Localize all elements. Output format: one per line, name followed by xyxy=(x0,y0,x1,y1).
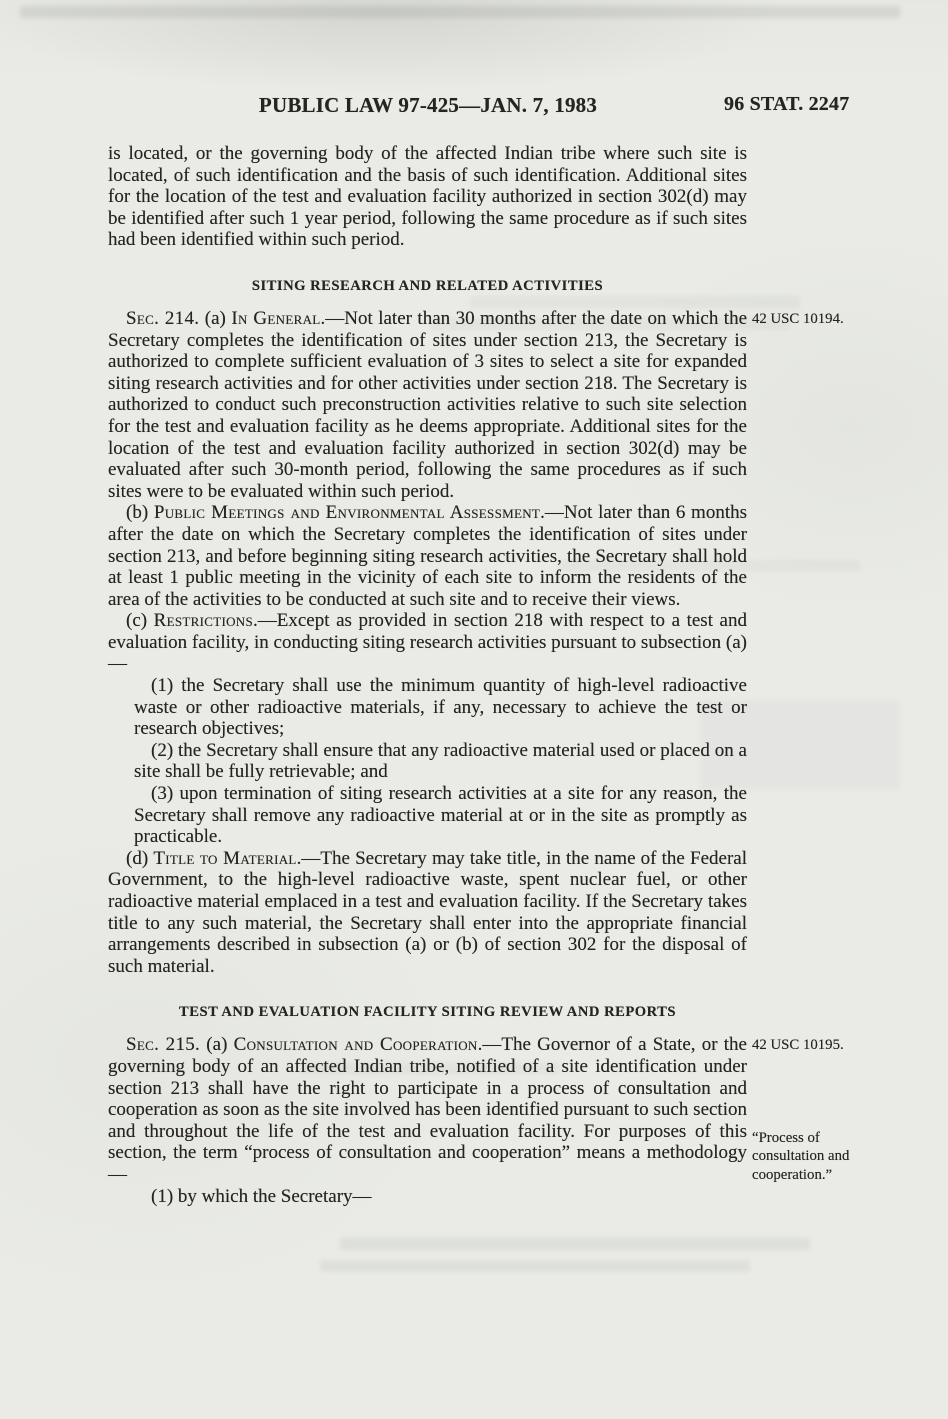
body-text: (1) the Secretary shall use the minimum … xyxy=(134,675,747,739)
statute-paragraph: (b) Public Meetings and Environmental As… xyxy=(108,502,747,610)
statute-paragraph: (d) Title to Material.—The Secretary may… xyxy=(108,848,747,978)
statute-paragraph: (c) Restrictions.—Except as provided in … xyxy=(108,610,747,675)
statute-paragraph: is located, or the governing body of the… xyxy=(108,143,747,251)
statute-subitem: (1) by which the Secretary— xyxy=(134,1186,747,1208)
statute-subitem: (1) the Secretary shall use the minimum … xyxy=(134,675,747,740)
small-caps-text: In General xyxy=(231,308,320,329)
small-caps-text: Sec. 214. xyxy=(126,308,199,329)
stat-page-number: 96 STAT. 2247 xyxy=(724,93,944,116)
small-caps-text: Consultation and Cooperation xyxy=(234,1034,478,1055)
page-header: PUBLIC LAW 97-425—JAN. 7, 1983 96 STAT. … xyxy=(0,93,948,123)
scanned-statute-page: PUBLIC LAW 97-425—JAN. 7, 1983 96 STAT. … xyxy=(0,0,948,1419)
law-title: PUBLIC LAW 97-425—JAN. 7, 1983 xyxy=(108,93,748,118)
body-text: (2) the Secretary shall ensure that any … xyxy=(134,740,747,783)
body-text: TEST AND EVALUATION FACILITY SITING REVI… xyxy=(179,1004,676,1020)
small-caps-text: Title to Material xyxy=(153,848,296,869)
body-text: is located, or the governing body of the… xyxy=(108,143,747,250)
body-text: (a) xyxy=(200,1034,234,1055)
body-text: (c) xyxy=(126,610,154,631)
body-text: .—Not later than 30 months after the dat… xyxy=(108,308,747,502)
body-text: (3) upon termination of siting research … xyxy=(134,783,747,847)
section-heading: SITING RESEARCH AND RELATED ACTIVITIES xyxy=(108,277,747,295)
body-text: (1) by which the Secretary— xyxy=(151,1186,372,1207)
scan-artifact xyxy=(20,6,900,18)
margin-note: “Process of consultation and cooperation… xyxy=(752,1129,888,1184)
statute-paragraph: Sec. 215. (a) Consultation and Cooperati… xyxy=(108,1034,747,1185)
body-text: SITING RESEARCH AND RELATED ACTIVITIES xyxy=(252,278,603,294)
small-caps-text: Sec. 215. xyxy=(126,1034,200,1055)
statute-subitem: (2) the Secretary shall ensure that any … xyxy=(134,740,747,783)
body-text: .—The Governor of a State, or the govern… xyxy=(108,1034,747,1185)
small-caps-text: Restrictions xyxy=(154,610,253,631)
margin-note: 42 USC 10194. xyxy=(752,310,888,328)
margin-note: 42 USC 10195. xyxy=(752,1036,888,1054)
section-heading: TEST AND EVALUATION FACILITY SITING REVI… xyxy=(108,1003,747,1021)
body-text: (d) xyxy=(126,848,153,869)
body-text: (b) xyxy=(126,502,154,523)
document-body: is located, or the governing body of the… xyxy=(108,143,747,1207)
body-text: (a) xyxy=(199,308,231,329)
small-caps-text: Public Meetings and Environmental Assess… xyxy=(154,502,540,523)
statute-subitem: (3) upon termination of siting research … xyxy=(134,783,747,848)
statute-paragraph: Sec. 214. (a) In General.—Not later than… xyxy=(108,308,747,502)
scan-artifact xyxy=(320,1260,750,1272)
scan-artifact xyxy=(340,1238,810,1250)
